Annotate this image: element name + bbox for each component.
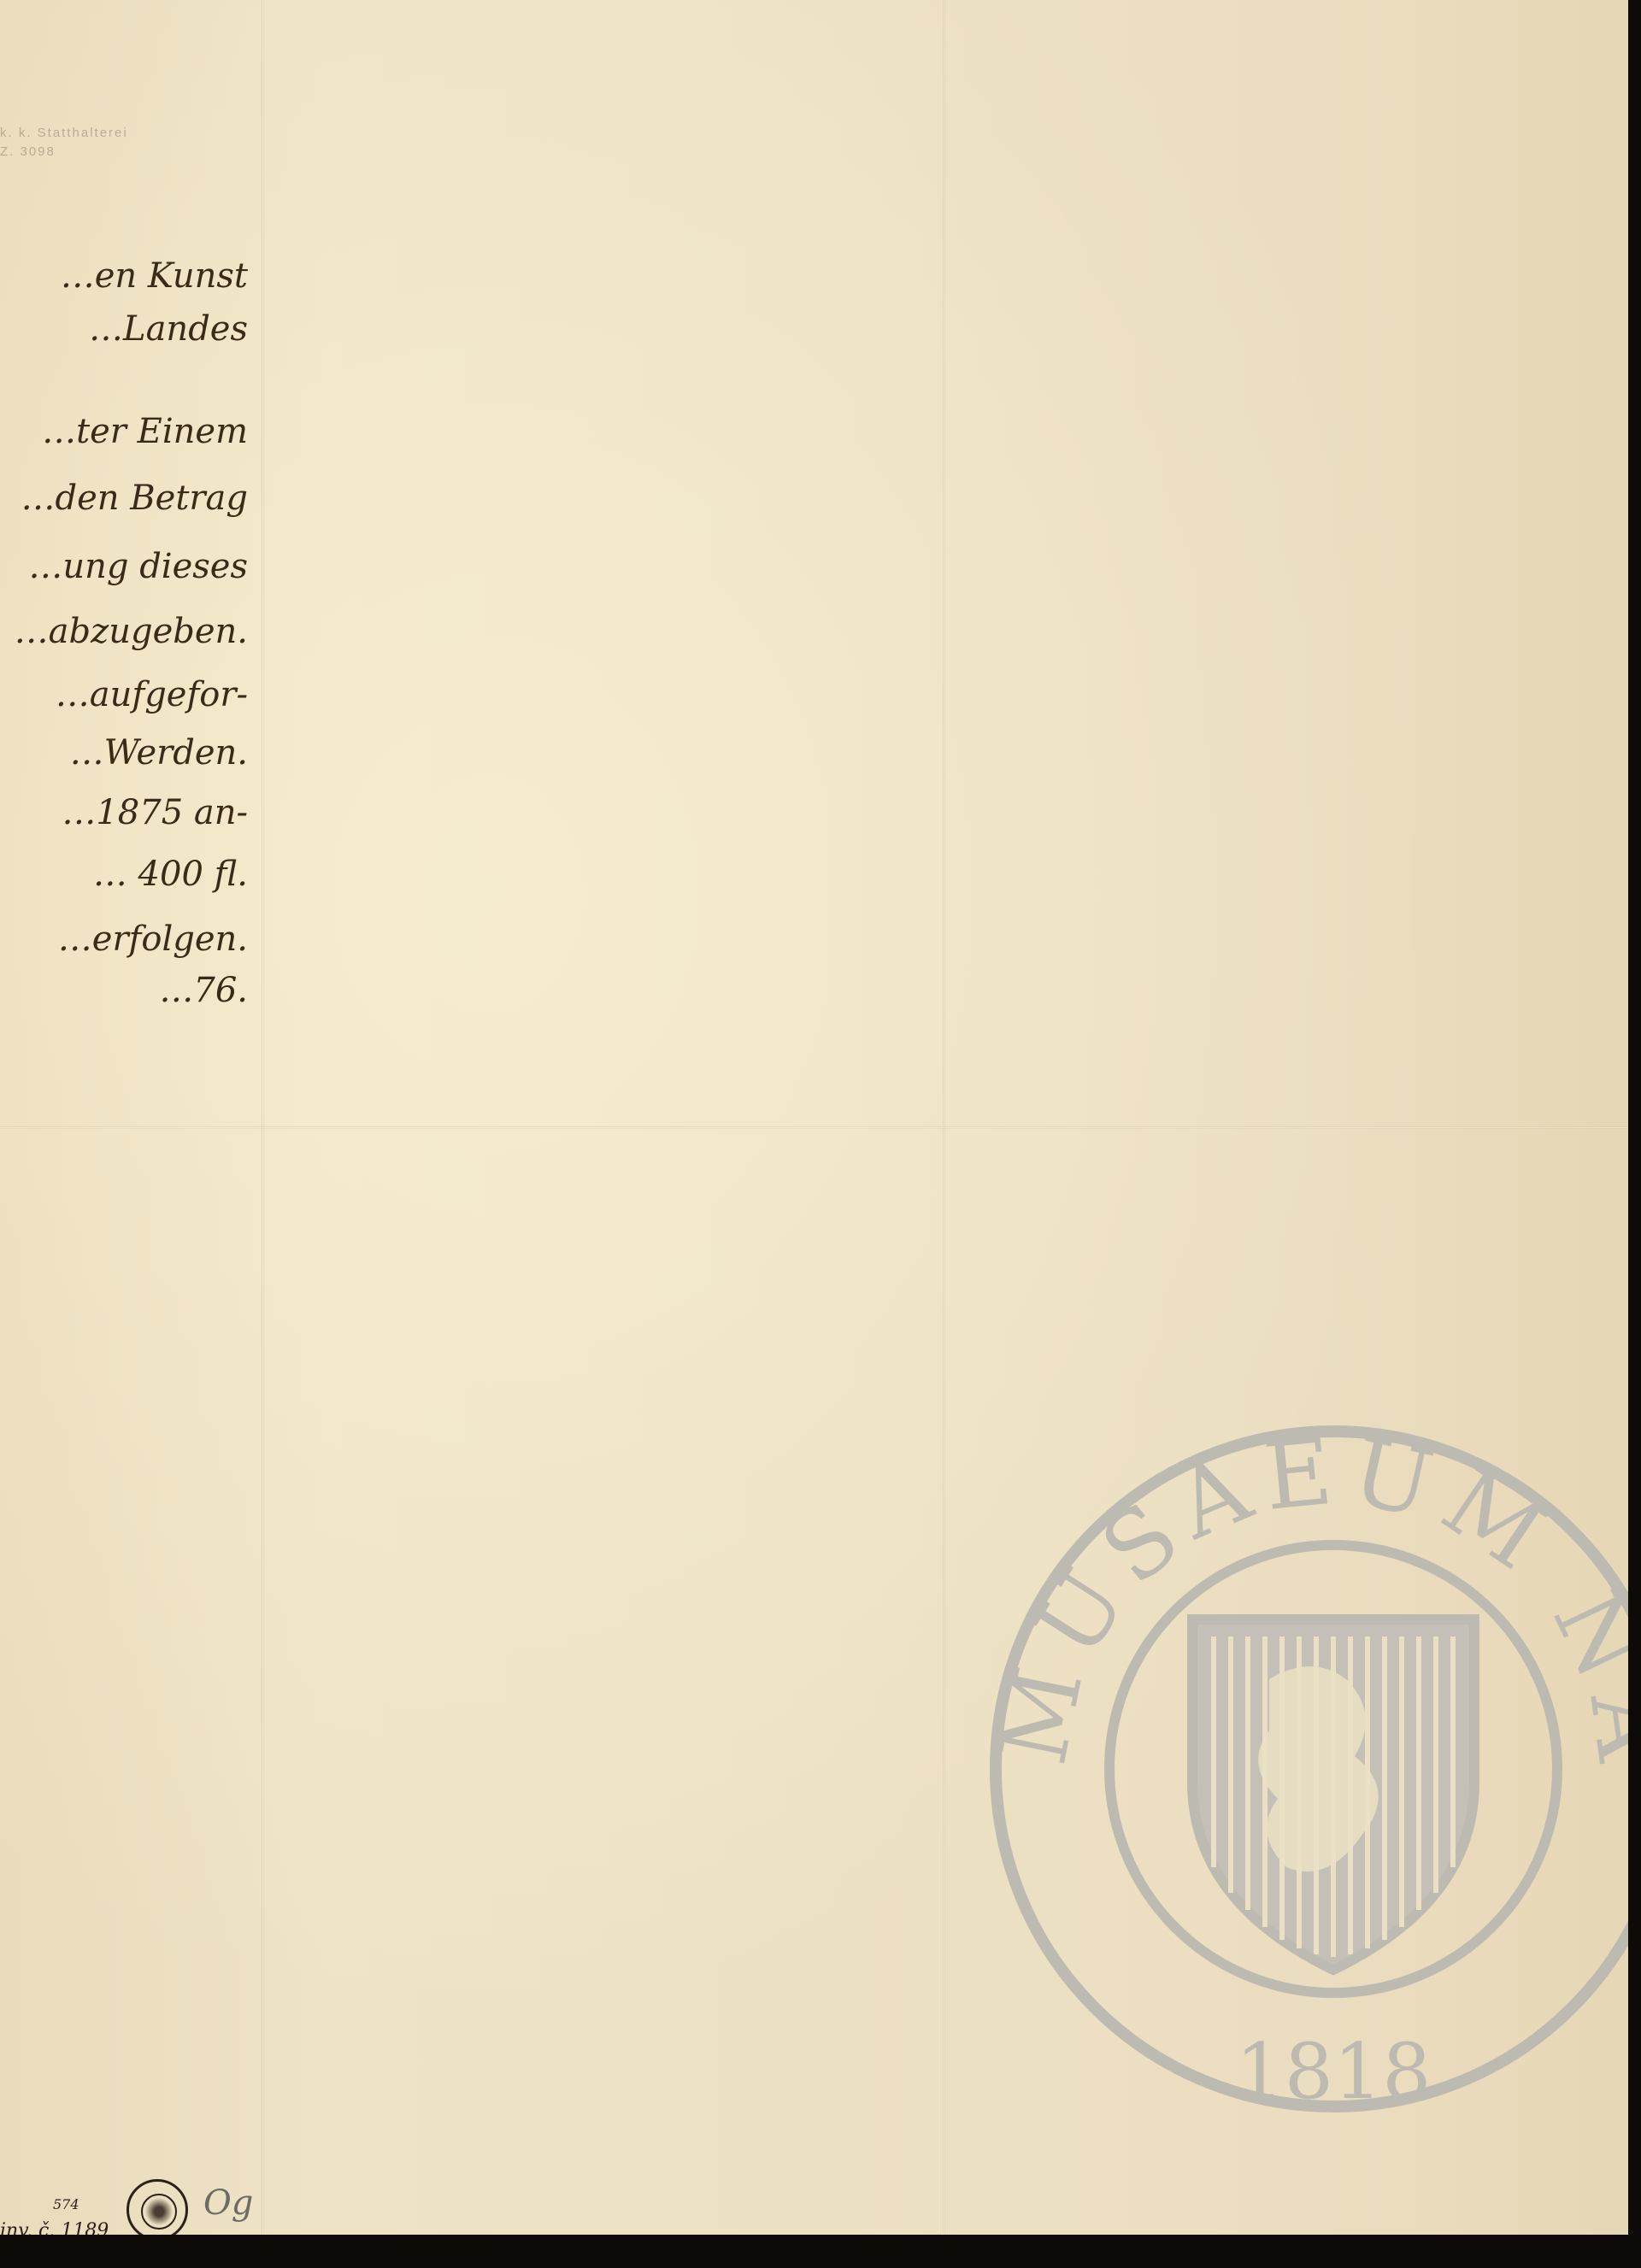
handwritten-line: …aufgefor- [56, 675, 248, 714]
handwritten-line: …1875 an- [62, 793, 248, 832]
handwritten-line: …Landes [89, 309, 248, 349]
inventory-superscript: 574 [53, 2196, 79, 2212]
museum-seal-watermark-icon: MUSAEUM NATIONALE 1818 [987, 1423, 1641, 2115]
document-sheet: k. k. Statthalterei Z. 3098 …en Kunst …L… [0, 0, 1628, 2235]
fold-line-vertical-1 [262, 0, 264, 2235]
scan-edge-bottom [0, 2235, 1641, 2268]
handwritten-line: …ter Einem [42, 412, 248, 451]
fold-line-vertical-2 [943, 0, 945, 2235]
handwritten-line: …abzugeben. [15, 612, 248, 651]
fold-line-horizontal [0, 1126, 1628, 1129]
handwritten-line: …en Kunst [61, 256, 248, 296]
handwritten-line: … 400 fl. [93, 855, 248, 894]
handwritten-line: …ung dieses [28, 547, 248, 586]
pencil-initials: Og [203, 2183, 253, 2223]
archive-stamp-icon [126, 2179, 188, 2241]
handwritten-line: …Werden. [70, 733, 248, 773]
handwritten-line: …den Betrag [21, 479, 248, 518]
svg-text:1818: 1818 [1235, 2027, 1431, 2115]
handwritten-line: …76. [159, 971, 248, 1010]
handwritten-line: …erfolgen. [58, 920, 248, 959]
scan-edge-right [1628, 0, 1641, 2268]
faint-print-stamp: k. k. Statthalterei Z. 3098 [0, 124, 128, 162]
